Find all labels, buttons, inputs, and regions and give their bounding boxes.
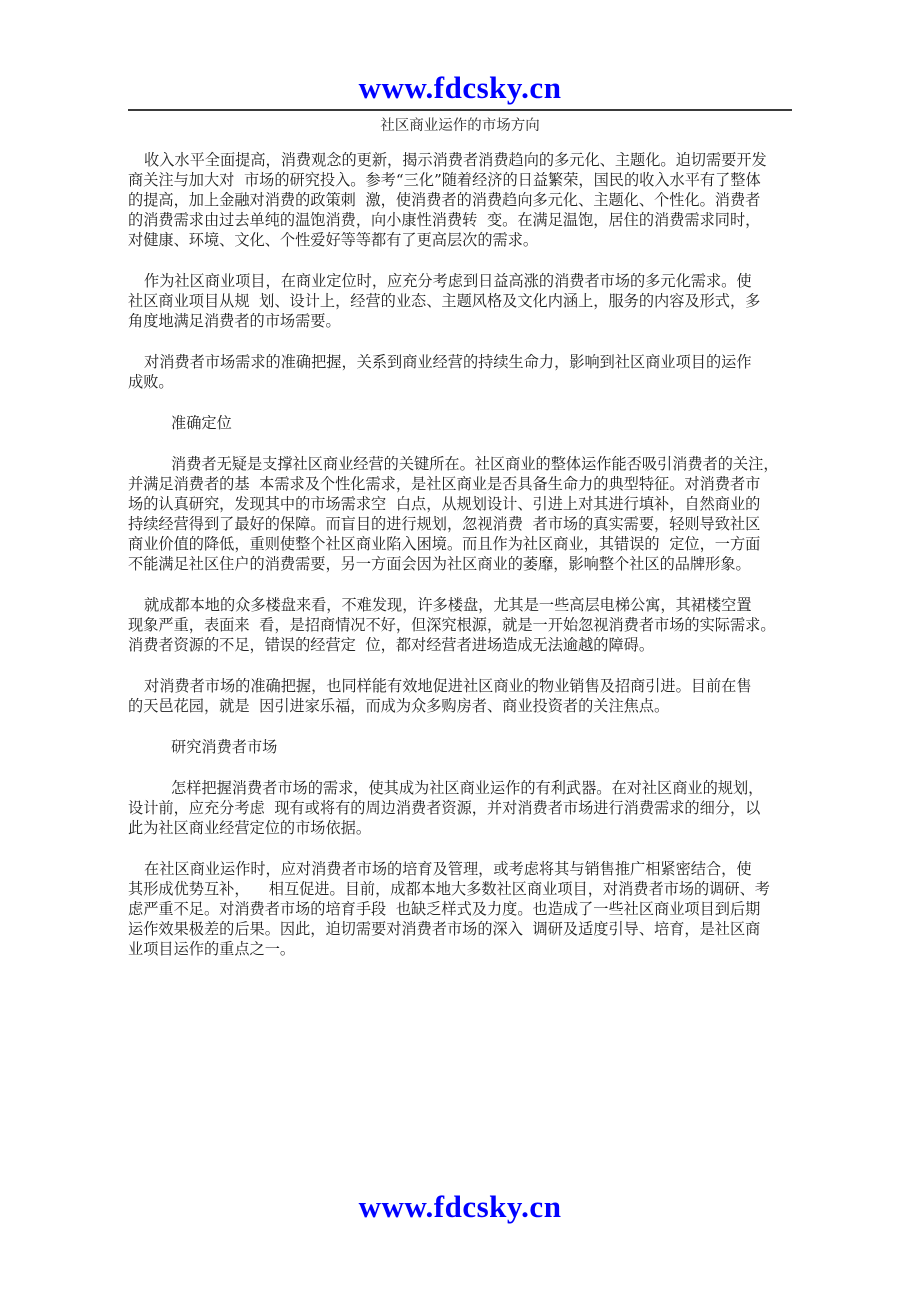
paragraph-income-rise: 收入水平全面提高，消费观念的更新，揭示消费者消费趋向的多元化、主题化。迫切需要开… [128,150,798,250]
site-url-footer-link[interactable]: www.fdcsky.cn [0,1189,920,1225]
site-url-header-link[interactable]: www.fdcsky.cn [0,0,920,106]
paragraph-cultivation: 在社区商业运作时，应对消费者市场的培育及管理，或考虑将其与销售推广相紧密结合，使… [128,859,798,959]
paragraph-how-to-grasp: 怎样把握消费者市场的需求，使其成为社区商业运作的有利武器。在对社区商业的规划， … [128,778,798,838]
document-body: 收入水平全面提高，消费观念的更新，揭示消费者消费趋向的多元化、主题化。迫切需要开… [128,150,798,959]
document-page: www.fdcsky.cn 社区商业运作的市场方向 收入水平全面提高，消费观念的… [0,0,920,1302]
paragraph-market-grasp: 对消费者市场需求的准确把握，关系到商业经营的持续生命力，影响到社区商业项目的运作… [128,352,798,392]
paragraph-tianyi-garden: 对消费者市场的准确把握，也同样能有效地促进社区商业的物业销售及招商引进。目前在售… [128,676,798,716]
section-heading-positioning: 准确定位 [128,413,798,433]
page-title: 社区商业运作的市场方向 [0,116,920,136]
paragraph-project-positioning: 作为社区商业项目，在商业定位时，应充分考虑到日益高涨的消费者市场的多元化需求。使… [128,271,798,331]
header-divider [128,109,792,111]
section-heading-research: 研究消费者市场 [128,737,798,757]
paragraph-consumer-key: 消费者无疑是支撑社区商业经营的关键所在。社区商业的整体运作能否吸引消费者的关注，… [128,454,798,574]
paragraph-chengdu-buildings: 就成都本地的众多楼盘来看，不难发现，许多楼盘，尤其是一些高层电梯公寓，其裙楼空置… [128,595,798,655]
